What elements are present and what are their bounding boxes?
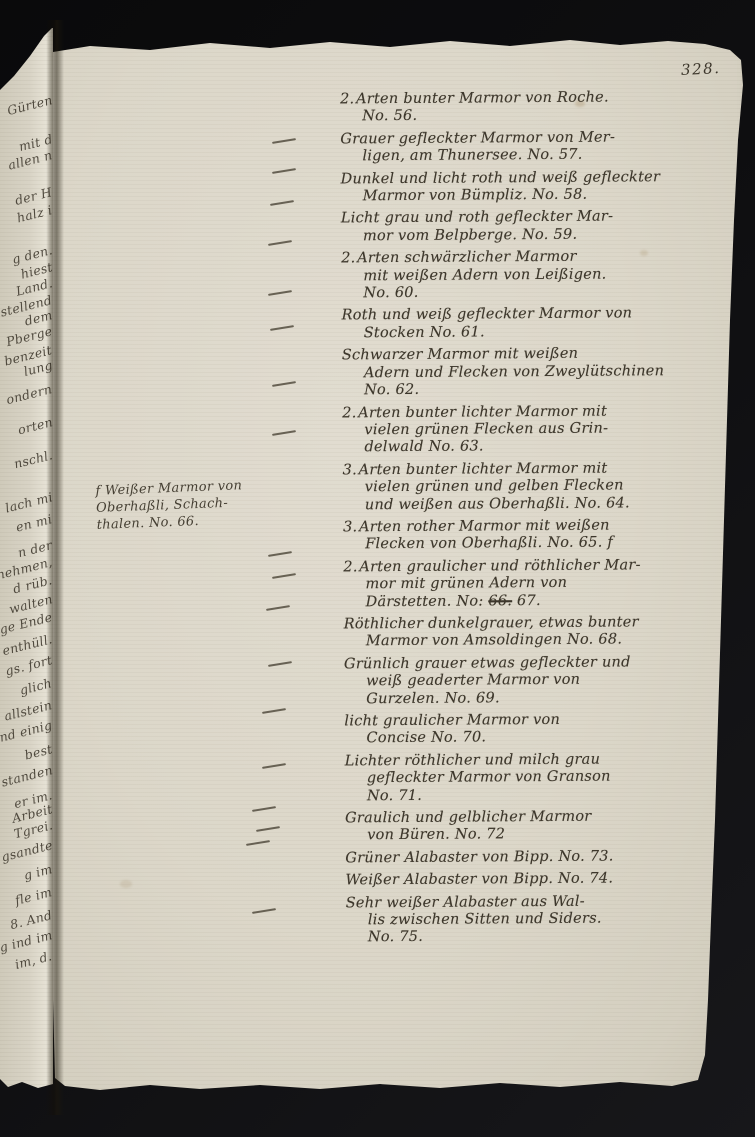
catalog-entry: 2. Arten bunter Marmor von Roche.No. 56. (340, 89, 738, 127)
facing-page-text-fragment: stellend (0, 292, 53, 319)
catalog-entry: 3. Arten bunter lichter Marmor mitvielen… (343, 459, 741, 514)
facing-page-text-fragment: g ind im (0, 927, 53, 955)
manuscript-line: mor vom Belpberge. No. 59. (363, 225, 739, 245)
facing-page-text-fragment: glich (19, 675, 53, 697)
facing-page-text-fragment: g im (22, 861, 53, 883)
facing-page-text-fragment: nd einig (0, 717, 53, 745)
catalog-entry: Grauer gefleckter Marmor von Mer-ligen, … (340, 128, 738, 166)
foxing-spot (120, 880, 132, 888)
catalog-entry: Graulich und gelblicher Marmorvon Büren.… (345, 808, 743, 846)
catalog-entry: 2. Arten bunter lichter Marmor mitvielen… (342, 402, 740, 457)
facing-page-text-fragment: 8. And (9, 907, 53, 932)
manuscript-line: No. 60. (363, 283, 739, 303)
facing-page-text-fragment: lung (22, 357, 53, 379)
facing-page-text-fragment: best (23, 741, 53, 762)
entry-list: 2. Arten bunter Marmor von Roche.No. 56.… (340, 89, 744, 953)
facing-page-text-fragment: er im. (12, 787, 53, 811)
facing-page-text-fragment: Gürten (5, 92, 53, 118)
facing-page-text-fragment: enthüll. (1, 631, 53, 658)
manuscript-line: No. 56. (362, 106, 738, 126)
facing-page-edge: Gürtenmit dallen nder Hhalz ig den.hiest… (0, 0, 53, 1137)
entry-count-number: 2. (341, 251, 357, 269)
entry-count-number: 2. (340, 91, 356, 109)
catalog-entry: Sehr weißer Alabaster aus Wal-lis zwisch… (346, 892, 744, 947)
facing-page-text-fragment: im, d. (14, 948, 53, 972)
struck-number: 66. (488, 593, 512, 609)
page-number: 328. (681, 59, 721, 79)
facing-page-text-fragment: benzeit (3, 342, 53, 368)
facing-page-text-fragment: allstein (3, 697, 53, 723)
facing-page-text-fragment: d rüb. (12, 572, 53, 596)
catalog-entry: Schwarzer Marmor mit weißenAdern und Fle… (342, 345, 740, 400)
catalog-entry: Roth und weiß gefleckter Marmor vonStock… (342, 305, 740, 343)
catalog-entry: Grüner Alabaster von Bipp. No. 73. (345, 847, 743, 867)
catalog-entry: 2. Arten graulicher und röthlicher Mar-m… (343, 556, 741, 611)
manuscript-scan: Gürtenmit dallen nder Hhalz ig den.hiest… (0, 0, 755, 1137)
facing-page-text-fragment: der H (14, 184, 53, 208)
facing-page-text-fragment: Pberge (5, 323, 53, 349)
facing-page-text-fragment: orten (16, 414, 53, 437)
facing-page-text-fragment: mit d (17, 131, 53, 154)
catalog-entry: Lichter röthlicher und milch graugefleck… (345, 750, 743, 805)
manuscript-line: von Büren. No. 72 (367, 825, 743, 845)
manuscript-line: No. 62. (364, 380, 740, 400)
facing-page-text-fragment: nschl. (12, 447, 53, 471)
facing-page-text-fragment: walten (7, 591, 53, 616)
facing-page-text-fragment: fle im (14, 884, 53, 908)
manuscript-line: ligen, am Thunersee. No. 57. (362, 146, 738, 166)
manuscript-line: Gurzelen. No. 69. (366, 688, 742, 708)
manuscript-line: No. 75. (368, 927, 744, 947)
catalog-entry: Grünlich grauer etwas gefleckter undweiß… (344, 653, 742, 708)
manuscript-line: Grüner Alabaster von Bipp. No. 73. (345, 847, 743, 867)
margin-note: f Weißer Marmor vonOberhaßli, Schach-tha… (95, 473, 352, 534)
catalog-entry: 2. Arten schwärzlicher Marmormit weißen … (341, 248, 739, 303)
facing-page-text-fragment: Land. (14, 275, 53, 299)
facing-page-text-fragment: halz i (15, 202, 53, 225)
facing-page-text-fragment: lach mi (3, 489, 53, 515)
manuscript-line: und weißen aus Oberhaßli. No. 64. (365, 494, 741, 514)
facing-page-text-fragment: allen n (6, 147, 53, 172)
facing-page-text-fragment: Arbeit (10, 801, 53, 826)
manuscript-line: Stocken No. 61. (364, 322, 740, 342)
facing-page-text-fragment: en mi (14, 511, 53, 534)
manuscript-line: delwald No. 63. (364, 437, 740, 457)
facing-page-text-fragment: ge Ende (0, 609, 53, 637)
facing-page-text-fragment: nehmen, (0, 554, 53, 582)
catalog-entry: 3. Arten rother Marmor mit weißenFlecken… (343, 517, 741, 555)
facing-page-text-fragment: hiest (19, 259, 53, 281)
facing-page-text-fragment: ondern (5, 381, 53, 407)
catalog-entry: Licht grau und roth gefleckter Mar-mor v… (341, 208, 739, 246)
facing-page-text-fragment: gsandte (0, 837, 53, 864)
entry-count-number: 2. (342, 405, 358, 423)
facing-page-text-fragment: Tgrei. (12, 817, 53, 841)
catalog-entry: Dunkel und licht roth und weiß gefleckte… (341, 168, 739, 206)
facing-page-text-fragment: n der (16, 537, 53, 560)
manuscript-line: Därstetten. No: 66. 67. (366, 591, 742, 611)
facing-page-text-fragment: gs. fort (4, 652, 53, 678)
manuscript-line: No. 71. (367, 785, 743, 805)
manuscript-line: Marmor von Bümpliz. No. 58. (363, 186, 739, 206)
facing-page-text-fragment: g den. (10, 242, 53, 267)
manuscript-line: Concise No. 70. (366, 728, 742, 748)
catalog-entry: Röthlicher dunkelgrauer, etwas bunterMar… (344, 614, 742, 652)
manuscript-line: Weißer Alabaster von Bipp. No. 74. (345, 870, 743, 890)
catalog-entry: licht graulicher Marmor vonConcise No. 7… (344, 711, 742, 749)
manuscript-line: Flecken von Oberhaßli. No. 65. f (365, 534, 741, 554)
catalog-entry: Weißer Alabaster von Bipp. No. 74. (345, 870, 743, 890)
entry-count-number: 2. (343, 559, 359, 577)
manuscript-line: Marmor von Amsoldingen No. 68. (366, 631, 742, 651)
facing-page-text-fragment: dem (23, 307, 53, 328)
facing-page-text-fragment: standen (0, 762, 53, 789)
